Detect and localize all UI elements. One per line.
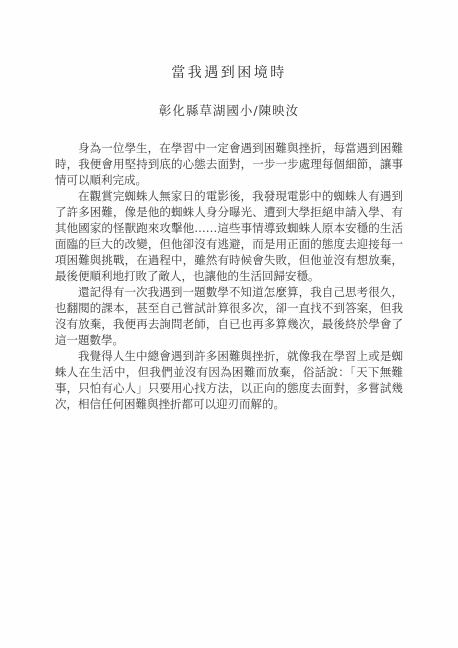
essay-paragraph-1: 身為一位學生，在學習中一定會遇到困難與挫折，每當遇到困難時，我便會用堅持到底的心… [55,140,403,188]
document-page: 當我遇到困境時 彰化縣草湖國小/陳映汝 身為一位學生，在學習中一定會遇到困難與挫… [0,0,458,648]
essay-paragraph-2: 在觀賞完蜘蛛人無家日的電影後，我發現電影中的蜘蛛人有遇到了許多困難，像是他的蜘蛛… [55,188,403,284]
essay-paragraph-3: 還記得有一次我遇到一題數學不知道怎麼算，我自己思考很久，也翻閱的課本，甚至自己嘗… [55,284,403,348]
essay-paragraph-4: 我覺得人生中總會遇到許多困難與挫折，就像我在學習上或是蜘蛛人在生活中，但我們並沒… [55,348,403,412]
essay-body: 身為一位學生，在學習中一定會遇到困難與挫折，每當遇到困難時，我便會用堅持到底的心… [55,140,403,412]
essay-byline: 彰化縣草湖國小/陳映汝 [0,101,458,119]
essay-title: 當我遇到困境時 [0,0,458,82]
